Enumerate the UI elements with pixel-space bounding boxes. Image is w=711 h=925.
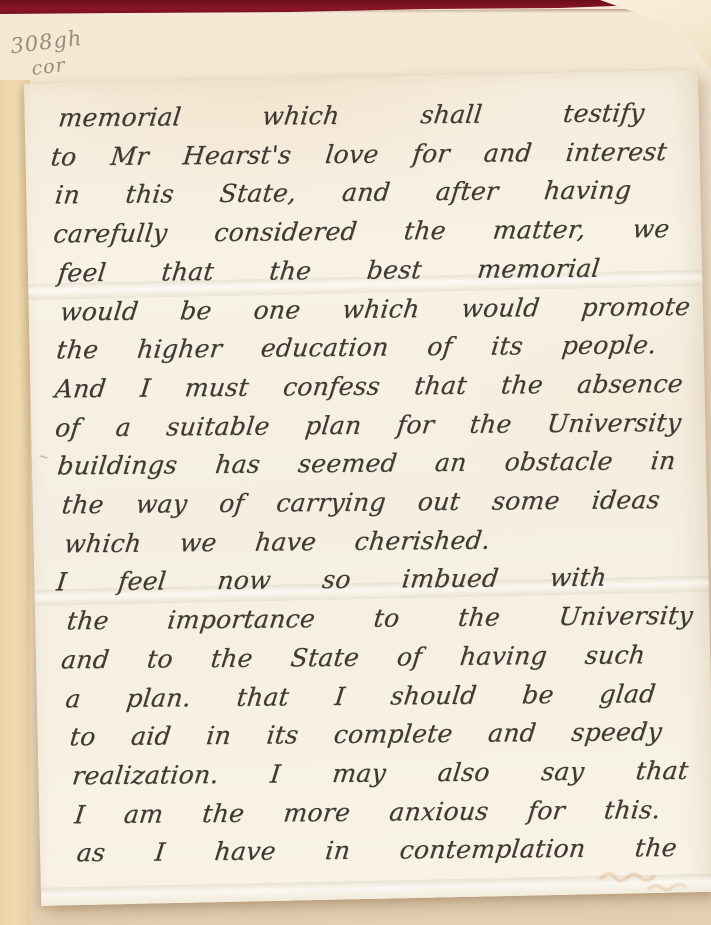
- letter-page: memorial which shall testify to Mr Hears…: [24, 70, 711, 906]
- pencil-inscription-sub: cor: [30, 51, 87, 82]
- bleed-through-mark: [596, 863, 697, 896]
- handwriting-line: to aid in its complete and speedy: [68, 713, 664, 757]
- handwriting-line: feel that the best memorial: [56, 249, 602, 292]
- handwriting-line: realization. I may also say that: [70, 752, 690, 796]
- handwriting-block: memorial which shall testify to Mr Hears…: [50, 94, 705, 874]
- handwriting-line: I am the more anxious for this.: [72, 791, 662, 835]
- underlying-sheet-edge: [0, 80, 30, 925]
- handwriting-line: And I must confess that the absence: [53, 365, 685, 409]
- handwriting-line: the higher education of its people.: [54, 326, 658, 370]
- handwriting-line: a plan. that I should be glad: [63, 675, 657, 719]
- handwriting-line: I feel now so imbued with: [54, 559, 608, 603]
- photo-of-letter: { "pencil_note": { "code": "308gh", "sub…: [0, 0, 711, 925]
- handwriting-line: as I have in contemplation the: [75, 829, 679, 873]
- handwriting-line: and to the State of having such: [59, 636, 647, 680]
- handwriting-line: in this State, and after having: [53, 172, 633, 216]
- handwriting-line: which we have cherished.: [62, 521, 492, 563]
- handwriting-line: would be one which would promote: [58, 287, 692, 331]
- handwriting-line: buildings has seemed an obstacle in: [55, 442, 677, 486]
- handwriting-line: the importance to the University: [65, 597, 695, 641]
- handwriting-line: memorial which shall testify: [56, 94, 646, 138]
- book-spine-edge: [0, 0, 711, 16]
- handwriting-line: the way of carrying out some ideas: [60, 481, 662, 525]
- pencil-inscription: 308gh cor: [9, 26, 87, 84]
- handwriting-line: to Mr Hearst's love for and interest: [49, 133, 669, 177]
- handwriting-line: carefully considered the matter, we: [51, 210, 671, 254]
- handwriting-line: of a suitable plan for the University: [53, 404, 683, 448]
